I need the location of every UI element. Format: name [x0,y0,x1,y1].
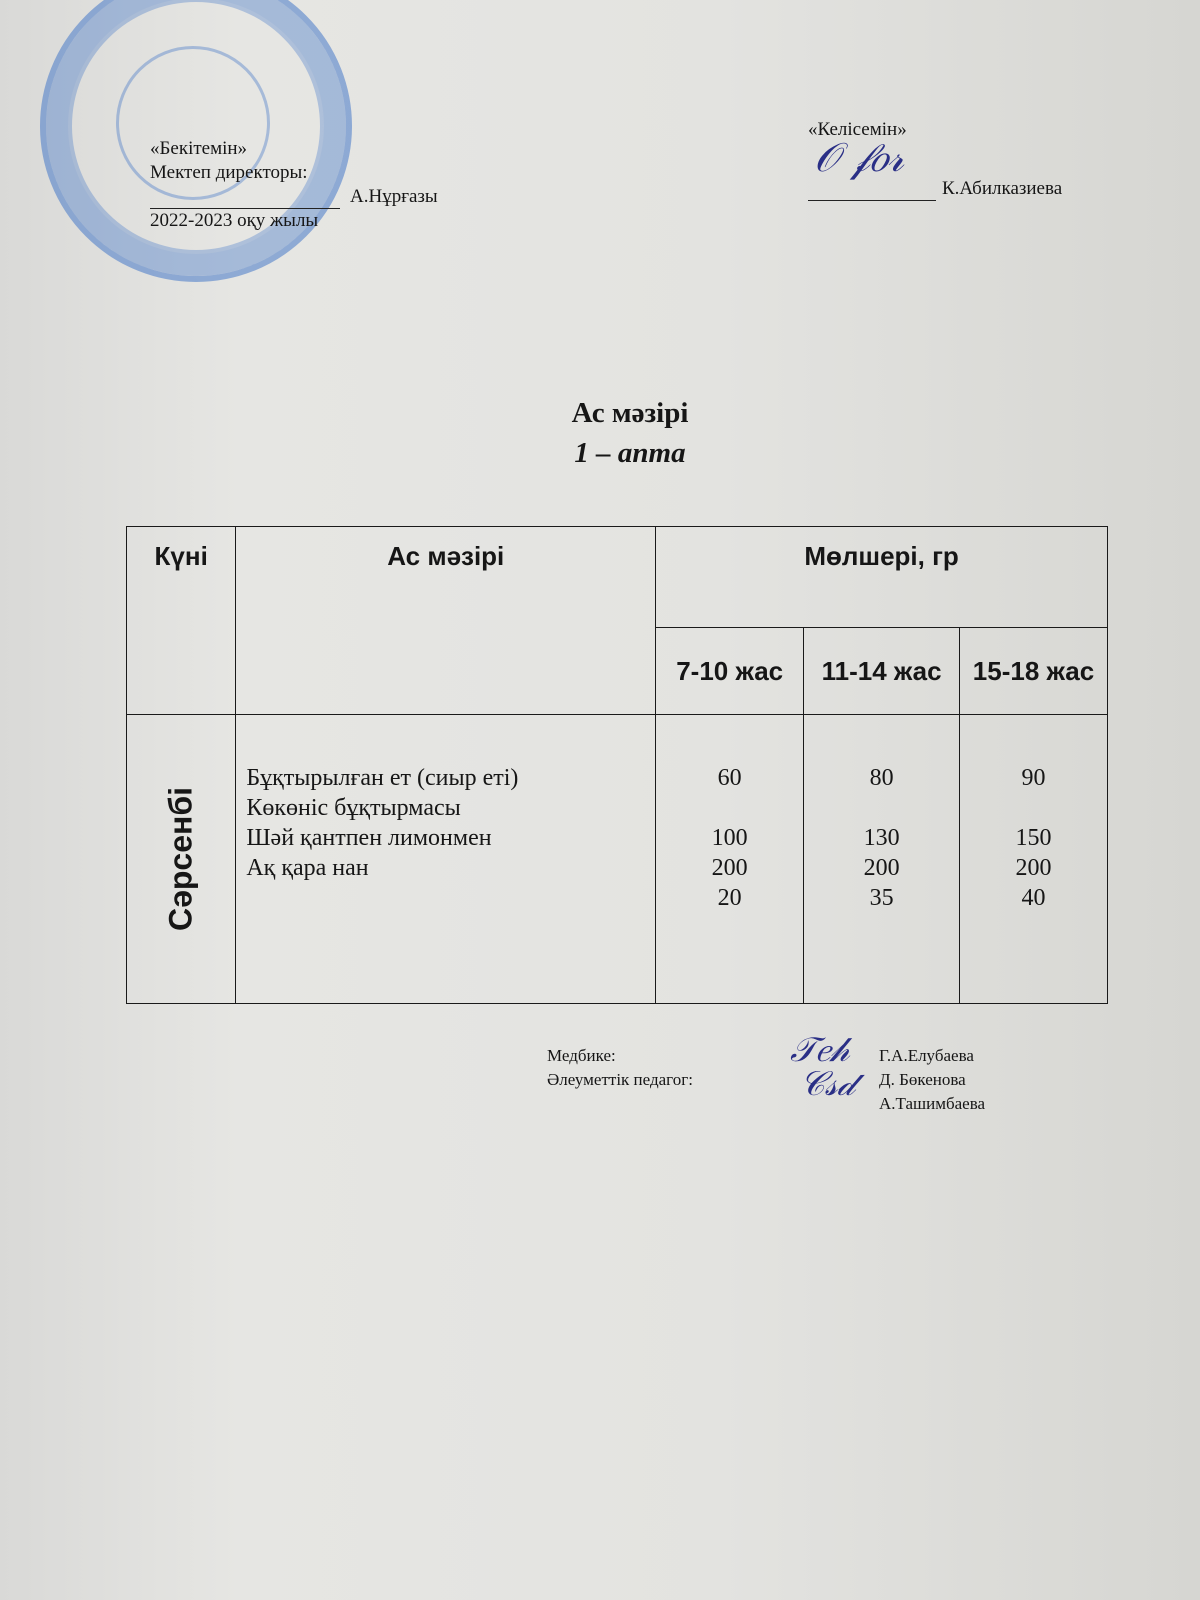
handwritten-signature: 𝒪 𝒻𝑜𝓇 [814,146,904,170]
qty-value: 200 [804,853,959,883]
header-age-11-14: 11-14 жас [804,628,960,715]
qty-cell-7-10: 60 100 200 20 [656,715,804,1004]
header-quantity: Мөлшері, гр [656,527,1108,628]
handwritten-signature: 𝒞𝓈𝒹 [800,1064,854,1104]
signer-name: Г.А.Елубаева [879,1044,974,1068]
menu-item: Ақ қара нан [246,853,616,883]
items-cell: Бұқтырылған ет (сиыр еті) Көкөніс бұқтыр… [236,715,656,1004]
qty-value: 130 [804,823,959,853]
qty-cell-15-18: 90 150 200 40 [959,715,1107,1004]
approval-block: «Бекітемін» Мектеп директоры: А.Нұрғазы … [150,137,438,233]
qty-cell-11-14: 80 130 200 35 [804,715,960,1004]
agree-name: К.Абилказиева [942,177,1062,201]
academic-year: 2022-2023 оқу жылы [150,209,438,233]
header-age-15-18: 15-18 жас [959,628,1107,715]
qty-value: 150 [960,823,1107,853]
header-day: Күні [127,527,236,715]
signer-row: Медбике: Г.А.Елубаева [547,1044,985,1068]
qty-value: 100 [656,823,803,853]
signer-name: Д. Бөкенова [879,1068,966,1092]
qty-value: 200 [656,853,803,883]
header-menu: Ас мәзірі [236,527,656,715]
agreement-block: «Келісемін» 𝒪 𝒻𝑜𝓇 К.Абилказиева [808,118,1062,201]
day-label: Сәрсенбі [163,787,200,931]
title-main: Ас мәзірі [0,393,1200,433]
qty-value: 35 [804,883,959,913]
menu-item: Бұқтырылған ет (сиыр еті) [246,763,616,793]
approve-label: «Бекітемін» [150,137,438,161]
document-title: Ас мәзірі 1 – апта [0,393,1200,473]
qty-value: 20 [656,883,803,913]
signer-row: А.Ташимбаева [547,1092,985,1116]
qty-value: 90 [960,763,1107,793]
signer-name: А.Ташимбаева [879,1092,985,1116]
qty-value: 200 [960,853,1107,883]
approve-role: Мектеп директоры: [150,161,438,185]
signer-row: Әлеуметтік педагог: Д. Бөкенова [547,1068,985,1092]
qty-value: 60 [656,763,803,793]
qty-value: 40 [960,883,1107,913]
title-week: 1 – апта [0,433,1200,473]
signers-block: Медбике: Г.А.Елубаева Әлеуметтік педагог… [547,1044,985,1116]
signature-line: 𝒪 𝒻𝑜𝓇 [808,176,936,201]
header-age-7-10: 7-10 жас [656,628,804,715]
menu-table: Күні Ас мәзірі Мөлшері, гр 7-10 жас 11-1… [126,526,1108,1004]
menu-item: Көкөніс бұқтырмасы [246,793,616,823]
menu-item: Шәй қантпен лимонмен [246,823,616,853]
approve-name: А.Нұрғазы [350,185,438,209]
table-row: Сәрсенбі Бұқтырылған ет (сиыр еті) Көкөн… [127,715,1108,1004]
day-cell: Сәрсенбі [127,715,236,1004]
qty-value: 80 [804,763,959,793]
